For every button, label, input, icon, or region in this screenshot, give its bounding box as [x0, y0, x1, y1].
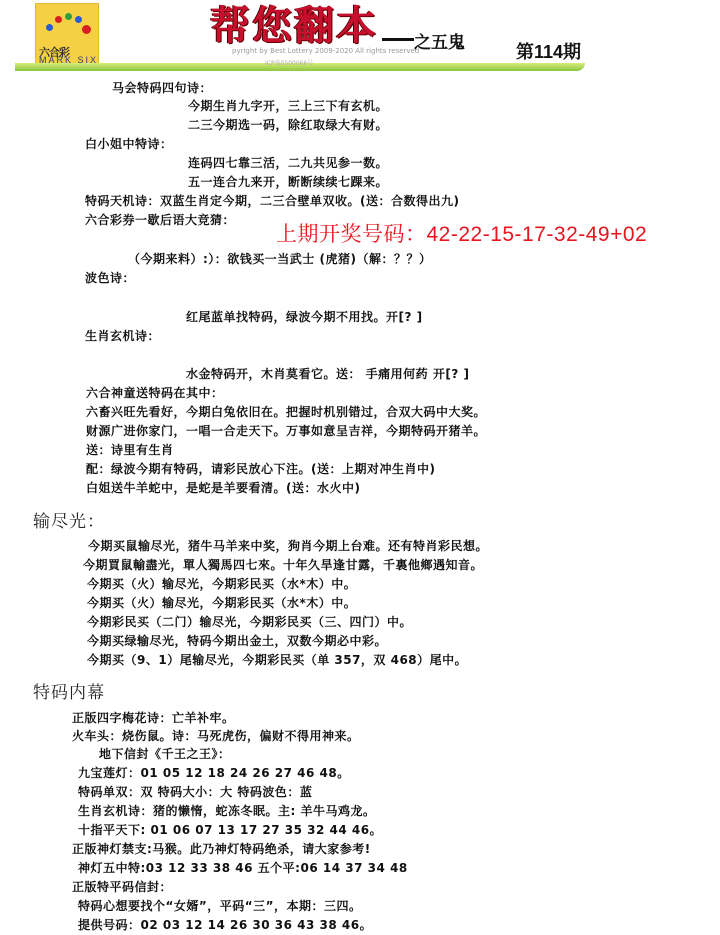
neimu-line: 地下信封《千王之王》：	[99, 746, 231, 762]
xiehouyu-line: （今期来料）:）：欲钱买一当武士 (虎猪)（解：？？）	[128, 251, 431, 267]
ball-icon	[55, 16, 62, 23]
shentong-line: 送：诗里有生肖	[86, 442, 174, 458]
page-subtitle: 之五鬼	[414, 28, 465, 53]
neimu-line: 提供号码：02 03 12 14 26 30 36 43 38 46。	[78, 917, 372, 933]
shujinguang-line: 今期買鼠輸盡光，單人獨馬四七來。十年久旱逢甘露，千裏他鄉遇知音。	[83, 557, 483, 573]
bose-label: 波色诗：	[85, 270, 135, 286]
bai-line: 连码四七靠三活，二九共见参一数。	[188, 155, 388, 171]
shengxiao-line: 水金特码开，木肖莫看它。送： 手痛用何药 开[? ]	[186, 366, 469, 382]
neimu-line: 特码心想要找个“女婿”，平码“三”，本期：三四。	[78, 898, 362, 914]
shujinguang-line: 今期买绿输尽光，特码今期出金土，双数今期必中彩。	[87, 633, 387, 649]
icp-text: ICP备0500066号	[265, 58, 313, 67]
neimu-line: 十指平天下: 01 06 07 13 17 27 35 32 44 46。	[78, 822, 382, 838]
shentong-line: 白姐送牛羊蛇中，是蛇是羊要看清。(送：水火中)	[86, 480, 360, 496]
page-title: 帮您翻本	[210, 2, 378, 50]
mahui-line: 二三今期选一码，除红取绿大有财。	[188, 117, 388, 133]
last-draw-numbers: 上期开奖号码：42-22-15-17-32-49+02	[276, 218, 647, 248]
mahui-label: 马会特码四句诗：	[112, 80, 212, 96]
neimu-line: 火车头：烧伤鼠。诗：马死虎伤，偏财不得用神来。	[72, 728, 360, 744]
xiehouyu-label: 六合彩券一歇后语大竞猜：	[85, 212, 235, 228]
bose-line: 红尾蓝单找特码，绿波今期不用找。开[? ]	[186, 309, 423, 325]
ball-icon	[65, 13, 72, 20]
shujinguang-line: 今期彩民买（二门）输尽光，今期彩民买（三、四门）中。	[87, 614, 412, 630]
neimu-line: 正版神灯禁支:马猴。此乃神灯特码绝杀，请大家参考!	[72, 841, 371, 857]
ball-icon	[46, 24, 53, 31]
ball-icon	[75, 16, 82, 23]
bai-line: 五一连合九来开，断断续续七踝来。	[188, 174, 388, 190]
shujinguang-line: 今期买（火）输尽光，今期彩民买（水*木）中。	[87, 595, 356, 611]
section-heading-neimu: 特码内幕	[33, 678, 105, 703]
neimu-line: 正版四字梅花诗：亡羊补牢。	[72, 710, 235, 726]
neimu-line: 神灯五中特:03 12 33 38 46 五个平:06 14 37 34 48	[78, 860, 408, 876]
mahui-line: 今期生肖九字开，三上三下有玄机。	[188, 98, 388, 114]
copyright-text: pyright by Best Lottery 2009-2020 All ri…	[232, 47, 419, 55]
tianji-poem: 特码天机诗：双蓝生肖定今期，二三合壁单双收。(送：合数得出九)	[85, 193, 459, 209]
shujinguang-line: 今期买（9、1）尾输尽光，今期彩民买（单 357，双 468）尾中。	[87, 652, 467, 668]
shentong-line: 配：绿波今期有特码，请彩民放心下注。(送：上期对冲生肖中)	[86, 461, 435, 477]
shentong-line: 六畜兴旺先看好，今期白兔依旧在。把握时机别错过，合双大码中大奖。	[86, 404, 486, 420]
neimu-line: 特码单双：双 特码大小：大 特码波色：蓝	[78, 784, 312, 800]
bai-label: 白小姐中特诗：	[85, 136, 173, 152]
shentong-label: 六合神童送特码在其中：	[86, 385, 224, 401]
shengxiao-label: 生肖玄机诗：	[85, 328, 160, 344]
neimu-line: 正版特平码信封：	[72, 879, 172, 895]
shujinguang-line: 今期买（火）输尽光，今期彩民买（水*木）中。	[87, 576, 356, 592]
section-heading-shujinguang: 输尽光：	[33, 507, 105, 532]
title-dash	[382, 38, 414, 41]
shujinguang-line: 今期买鼠输尽光，猪牛马羊来中奖，狗肖今期上台难。还有特肖彩民想。	[88, 538, 488, 554]
mark-six-logo: 六合彩 MARK SIX	[35, 3, 99, 70]
shentong-line: 财源广进你家门，一唱一合走天下。万事如意呈吉祥，今期特码开猪羊。	[86, 423, 486, 439]
ball-icon	[82, 25, 91, 34]
neimu-line: 九宝莲灯：01 05 12 18 24 26 27 46 48。	[78, 765, 350, 781]
neimu-line: 生肖玄机诗：猪的懒惰，蛇冻冬眠。主: 羊牛马鸡龙。	[78, 803, 375, 819]
issue-number: 第114期	[516, 38, 581, 64]
